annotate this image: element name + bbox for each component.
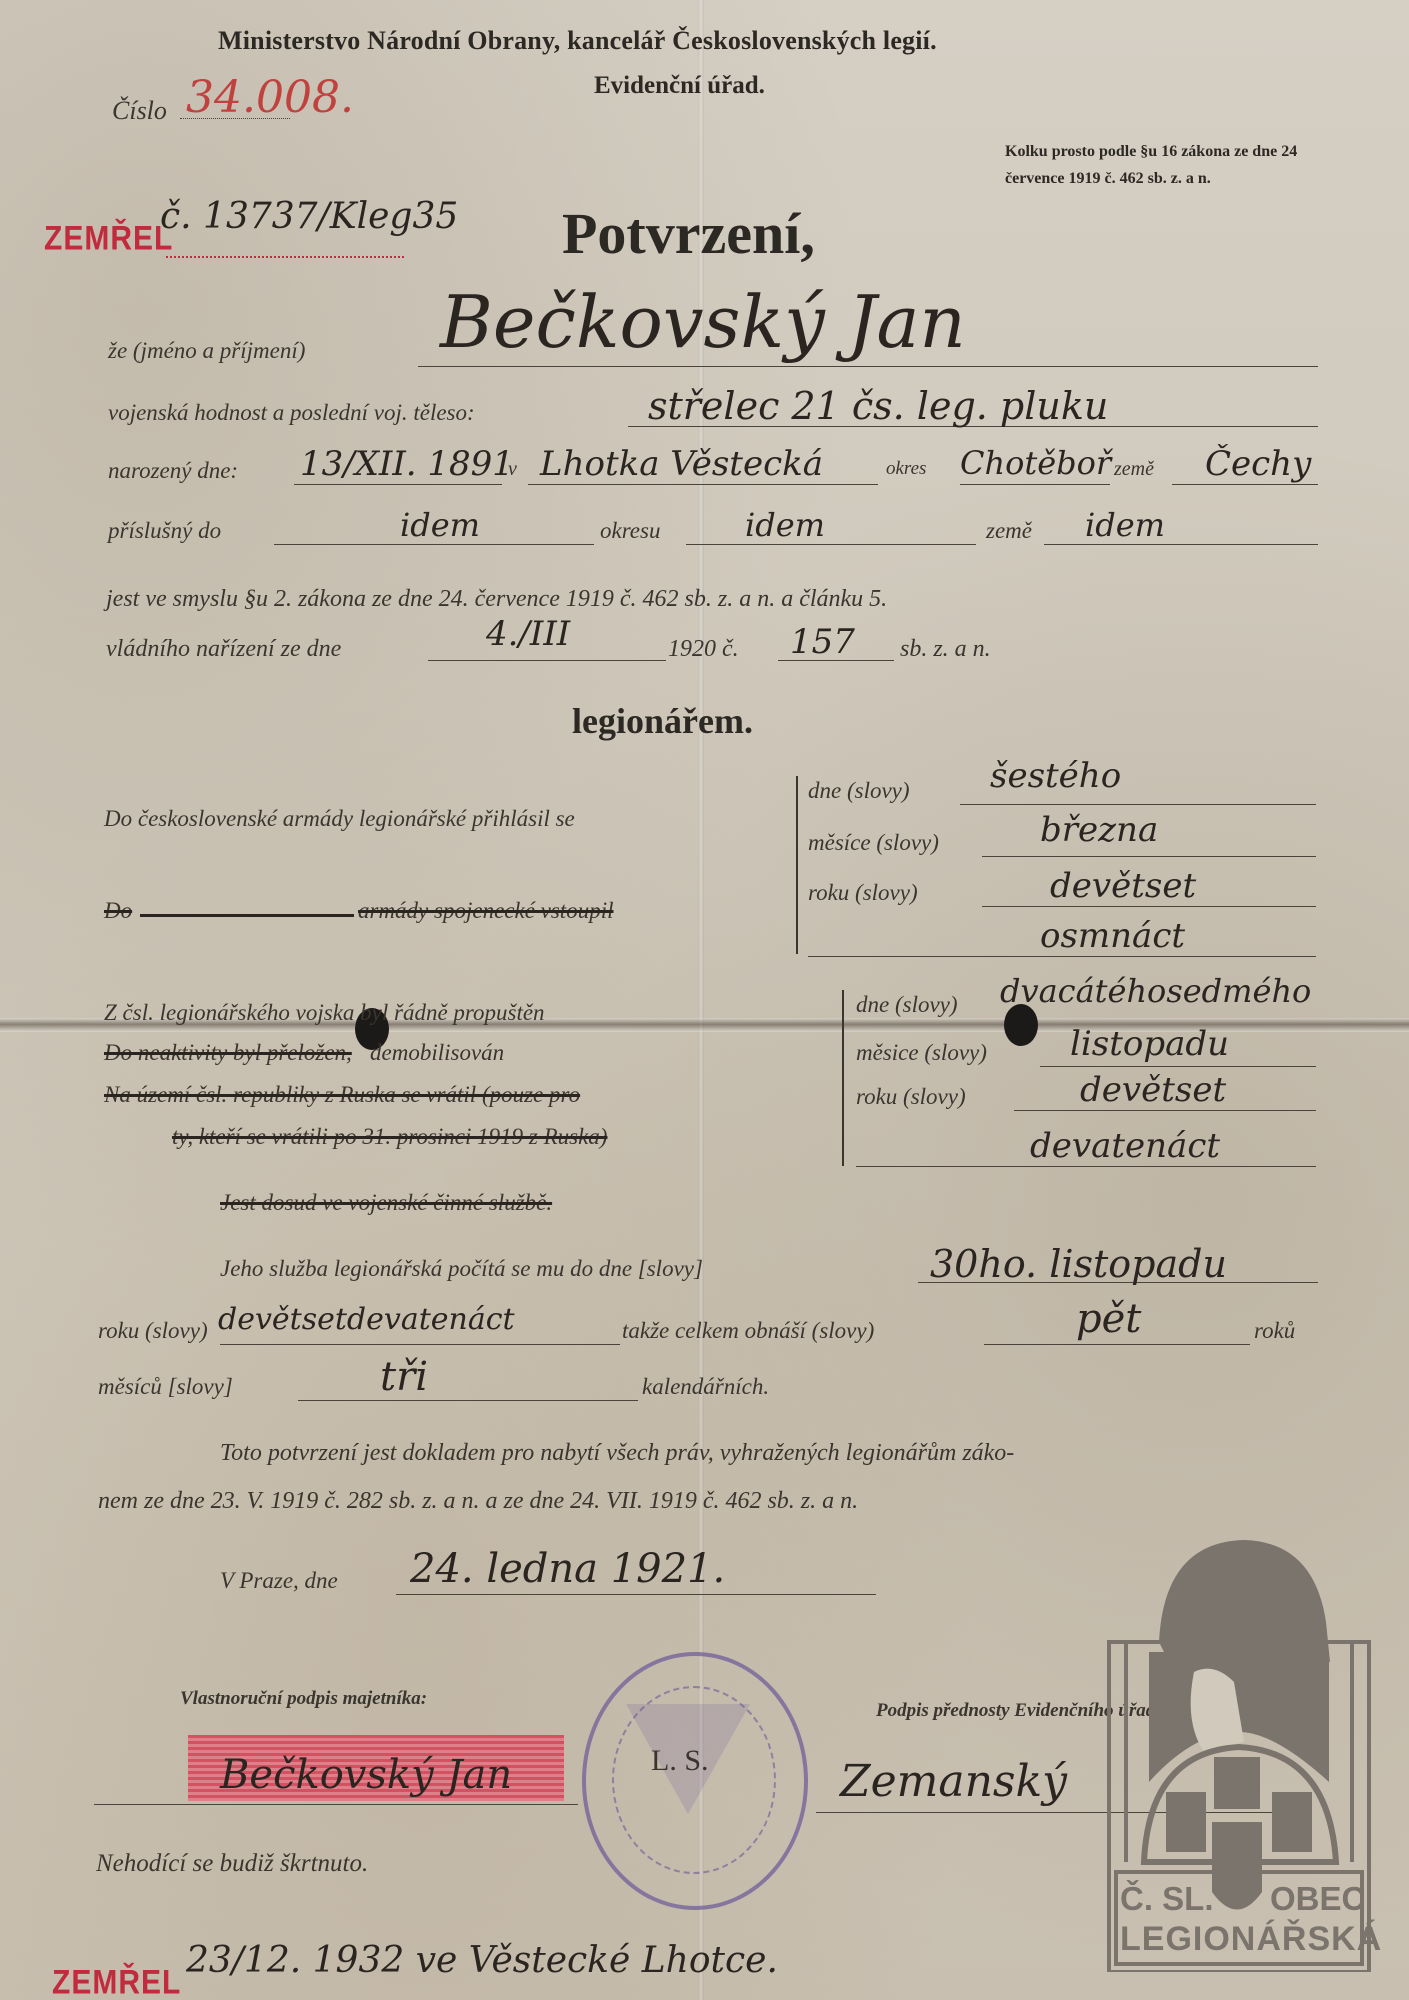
born-district-label: okres [886,458,926,480]
discharge-line2-rest: demobilisován [370,1040,504,1066]
active-service-struck: Jest dosud ve vojenské činné službě. [220,1190,552,1216]
law-text-suffix: sb. z. a n. [900,636,991,663]
name-label: že (jméno a příjmení) [108,338,305,364]
discharge-line4-struck: ty, kteří se vrátili po 31. prosinci 191… [172,1124,607,1150]
belongs-country-value: idem [1085,506,1165,544]
service-year-value: devětsetdevatenáct [218,1302,515,1337]
born-place-line [528,484,878,485]
logo-text-legionarska: LEGIONÁŘSKÁ [1120,1920,1382,1959]
belongs-line [274,544,594,545]
born-place-label: v [508,458,517,481]
decree-date-line [428,660,666,661]
death-stamp-top: ZEMŘEL [44,219,173,258]
enlistment-text: Do československé armády legionářské při… [104,806,575,832]
death-date-place: 23/12. 1932 ve Věstecké Lhotce. [186,1940,778,1981]
place-date-line [396,1594,876,1595]
discharge-line1: Z čsl. legionářského vojska byl řádně pr… [104,1000,545,1026]
enlistment-divider [796,776,798,954]
discharge-month-line [1040,1066,1316,1067]
death-stamp-dotline [166,256,404,258]
enlist-day-value: šestého [990,756,1121,796]
discharge-line3-struck: Na území čsl. republiky z Ruska se vráti… [104,1082,580,1108]
enlist-year-line-2 [808,956,1316,957]
discharge-day-value: dvacátéhosedmého [1000,972,1311,1010]
service-year-label: roku (slovy) [98,1318,208,1344]
death-reference: č. 13737/Kleg35 [160,196,458,237]
born-date: 13/XII. 1891 [300,444,514,484]
number-label: Číslo [112,96,167,126]
service-year-line [220,1344,620,1345]
born-country: Čechy [1205,444,1311,484]
born-country-label: země [1114,458,1154,481]
enlist-year-line [982,906,1316,907]
belongs-country-line [1044,544,1318,545]
decree-number: 157 [790,622,855,662]
enlist-month-label: měsíce (slovy) [808,830,939,856]
rank-label: vojenská hodnost a poslední voj. těleso: [108,400,475,426]
owner-signature-label: Vlastnoruční podpis majetníka: [180,1688,427,1710]
born-district-line [960,484,1110,485]
document-subtitle: legionářem. [572,700,753,742]
belongs-district-line [686,544,976,545]
discharge-year-line-2 [856,1166,1316,1167]
discharge-month-value: listopadu [1070,1024,1229,1064]
enlist-year-value-2: osmnáct [1040,916,1185,956]
discharge-year-label: roku (slovy) [856,1084,966,1110]
number-value: 34.008. [186,72,354,123]
service-until-label: Jeho služba legionářská počítá se mu do … [220,1256,703,1282]
legion-watermark-logo: Č. SL. OBEC LEGIONÁŘSKÁ [1104,1532,1374,1972]
enlist-month-value: března [1040,810,1158,850]
service-years-line [984,1344,1250,1345]
born-label: narozený dne: [108,458,238,484]
born-date-line [294,484,502,485]
enlist-month-line [982,856,1316,857]
enlistment-struck-a: Do [104,898,132,924]
discharge-year-line [1014,1110,1316,1111]
service-until-value: 30ho. listopadu [930,1242,1227,1286]
discharge-day-label: dne (slovy) [856,992,958,1018]
name-value: Bečkovský Jan [440,280,966,364]
enlist-year-label: roku (slovy) [808,880,918,906]
discharge-month-label: měsice (slovy) [856,1040,987,1066]
office-heading: Evidenční úřad. [594,72,765,100]
belongs-district-value: idem [745,506,825,544]
place-date-value: 24. ledna 1921. [410,1546,725,1592]
ministry-heading: Ministerstvo Národní Obrany, kancelář Če… [218,26,937,56]
stamp-duty-note: Kolku prosto podle §u 16 zákona ze dne 2… [1005,138,1335,192]
decree-year: 1920 č. [668,636,739,663]
discharge-year-value-1: devětset [1080,1070,1226,1110]
belongs-label: příslušný do [108,518,221,544]
place-date-label: V Praze, dne [220,1568,338,1594]
death-stamp-bottom: ZEMŘEL [52,1963,181,2000]
rights-text-line1: Toto potvrzení jest dokladem pro nabytí … [220,1440,1014,1467]
discharge-year-value-2: devatenáct [1030,1126,1220,1166]
belongs-district-label: okresu [600,518,660,544]
enlistment-strike-line [140,914,354,917]
enlist-day-line [960,804,1316,805]
service-months-suffix: kalendářních. [642,1374,769,1400]
document-title: Potvrzení, [562,200,815,267]
enlist-day-label: dne (slovy) [808,778,910,804]
discharge-divider [842,990,844,1166]
owner-signature-line [94,1804,578,1805]
certificate-document: Ministerstvo Národní Obrany, kancelář Če… [0,0,1409,2000]
enlist-year-value-1: devětset [1050,866,1196,906]
belongs-country-label: země [986,518,1032,544]
logo-text-csl: Č. SL. [1120,1880,1214,1918]
service-months-label: měsíců [slovy] [98,1374,233,1400]
name-line [418,366,1318,367]
head-signature: Zemanský [840,1756,1067,1807]
belongs-value: idem [400,506,480,544]
official-seal: L. S. [582,1652,808,1910]
decree-date: 4./III [486,614,570,654]
rank-value: střelec 21 čs. leg. pluku [648,384,1108,428]
born-place: Lhotka Věstecká [540,444,823,484]
born-district: Chotěboř [960,444,1111,482]
footnote: Nehodící se budiž škrtnuto. [96,1850,368,1878]
logo-text-obec: OBEC [1270,1880,1365,1918]
law-text-line1: jest ve smyslu §u 2. zákona ze dne 24. č… [106,586,887,613]
seal-ls-text: L. S. [651,1744,709,1778]
service-total-label: takže celkem obnáší (slovy) [622,1318,874,1344]
service-years-label: roků [1254,1318,1295,1344]
discharge-line2-struck: Do neaktivity byl přeložen, [104,1040,352,1066]
enlistment-struck-b: armády spojenecké vstoupil [358,898,613,924]
owner-signature: Bečkovský Jan [220,1752,512,1798]
punch-hole-right [1004,1004,1038,1046]
rights-text-line2: nem ze dne 23. V. 1919 č. 282 sb. z. a n… [98,1488,858,1515]
service-months-value: tři [380,1354,428,1400]
service-years-value: pět [1076,1296,1141,1342]
service-months-line [298,1400,638,1401]
born-country-line [1172,484,1318,485]
law-text-prefix: vládního nařízení ze dne [106,636,341,663]
